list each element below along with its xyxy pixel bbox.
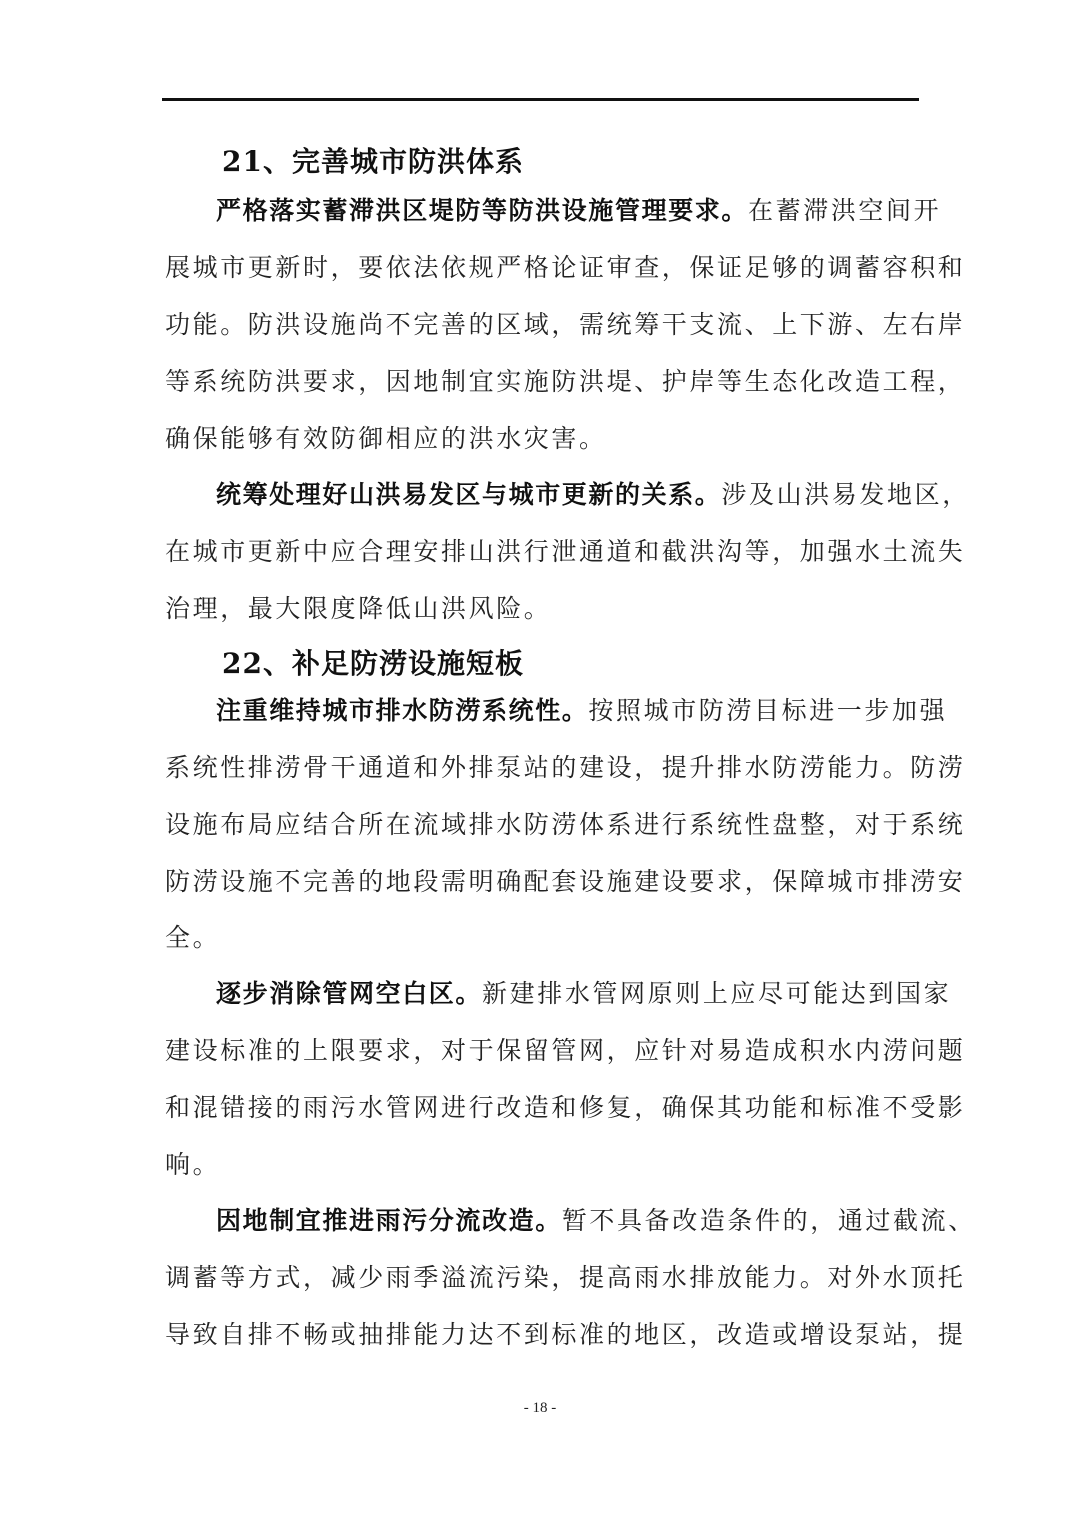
- paragraph-line: 全。: [165, 918, 925, 954]
- paragraph-line: 响。: [165, 1145, 925, 1181]
- paragraph-line: 防涝设施不完善的地段需明确配套设施建设要求，保障城市排涝安: [165, 862, 925, 898]
- paragraph-lead: 严格落实蓄滞洪区堤防等防洪设施管理要求。: [216, 196, 748, 225]
- paragraph-line: 设施布局应结合所在流域排水防涝体系进行系统性盘整，对于系统: [165, 805, 925, 841]
- paragraph-first-line: 因地制宜推进雨污分流改造。暂不具备改造条件的，通过截流、: [216, 1201, 976, 1237]
- paragraph-text: 新建排水管网原则上应尽可能达到国家: [482, 979, 951, 1008]
- paragraph-line: 导致自排不畅或抽排能力达不到标准的地区，改造或增设泵站，提: [165, 1315, 925, 1351]
- paragraph-line: 和混错接的雨污水管网进行改造和修复，确保其功能和标准不受影: [165, 1088, 925, 1124]
- section-heading-22: 22、补足防涝设施短板: [222, 642, 524, 682]
- paragraph-line: 等系统防洪要求，因地制宜实施防洪堤、护岸等生态化改造工程，: [165, 362, 925, 398]
- paragraph-text: 涉及山洪易发地区，: [721, 480, 969, 509]
- paragraph-text: 按照城市防涝目标进一步加强: [588, 696, 947, 725]
- page-number: - 18 -: [0, 1400, 1080, 1417]
- paragraph-first-line: 注重维持城市排水防涝系统性。按照城市防涝目标进一步加强: [216, 691, 976, 727]
- paragraph-first-line: 严格落实蓄滞洪区堤防等防洪设施管理要求。在蓄滞洪空间开: [216, 191, 976, 227]
- paragraph-lead: 逐步消除管网空白区。: [216, 979, 482, 1008]
- paragraph-first-line: 统筹处理好山洪易发区与城市更新的关系。涉及山洪易发地区，: [216, 475, 976, 511]
- paragraph-line: 在城市更新中应合理安排山洪行泄通道和截洪沟等，加强水土流失: [165, 532, 925, 568]
- paragraph-line: 系统性排涝骨干通道和外排泵站的建设，提升排水防涝能力。防涝: [165, 748, 925, 784]
- paragraph-line: 功能。防洪设施尚不完善的区域，需统筹干支流、上下游、左右岸: [165, 305, 925, 341]
- paragraph-lead: 因地制宜推进雨污分流改造。: [216, 1206, 562, 1235]
- paragraph-first-line: 逐步消除管网空白区。新建排水管网原则上应尽可能达到国家: [216, 974, 976, 1010]
- paragraph-lead: 注重维持城市排水防涝系统性。: [216, 696, 588, 725]
- section-heading-21: 21、完善城市防洪体系: [222, 140, 524, 180]
- paragraph-line: 展城市更新时，要依法依规严格论证审查，保证足够的调蓄容积和: [165, 248, 925, 284]
- paragraph-text: 在蓄滞洪空间开: [748, 196, 941, 225]
- paragraph-text: 暂不具备改造条件的，通过截流、: [562, 1206, 976, 1235]
- paragraph-line: 建设标准的上限要求，对于保留管网，应针对易造成积水内涝问题: [165, 1031, 925, 1067]
- paragraph-line: 调蓄等方式，减少雨季溢流污染，提高雨水排放能力。对外水顶托: [165, 1258, 925, 1294]
- header-rule: [162, 98, 919, 101]
- paragraph-line: 治理，最大限度降低山洪风险。: [165, 589, 925, 625]
- paragraph-line: 确保能够有效防御相应的洪水灾害。: [165, 419, 925, 455]
- paragraph-lead: 统筹处理好山洪易发区与城市更新的关系。: [216, 480, 721, 509]
